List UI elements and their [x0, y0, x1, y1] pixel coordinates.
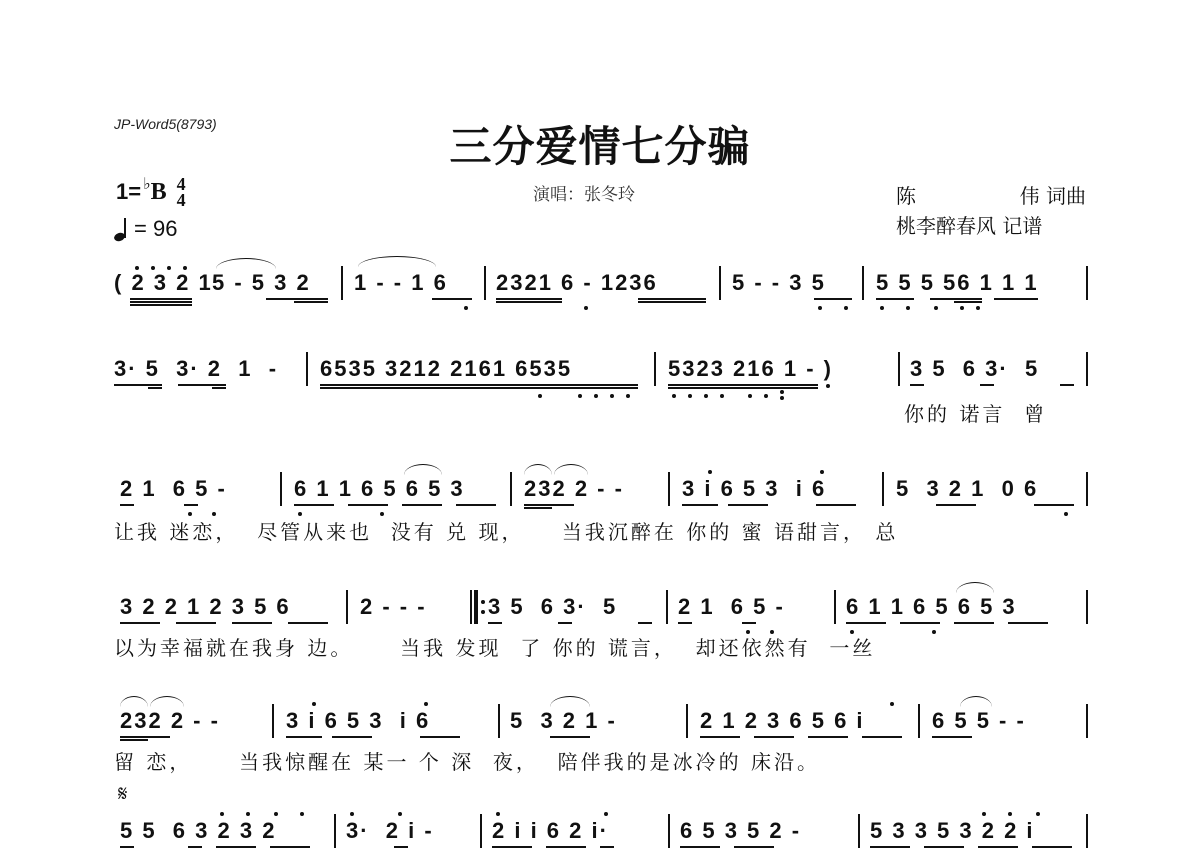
- measure-1: ( 2 3 2 1: [114, 270, 213, 296]
- measure-2: 1 - - 1 6: [354, 270, 448, 296]
- barline: [882, 472, 884, 506]
- measure-15: 3 2 2 1 2 3 5 6: [120, 594, 291, 620]
- barline: [1086, 472, 1088, 506]
- barline: [1086, 814, 1088, 848]
- slur: [960, 696, 992, 707]
- key-signature: 1= ♭ B 4 4: [116, 176, 186, 208]
- barline: [719, 266, 721, 300]
- measure-11: 6 1 1 6 5 6 5 3: [294, 476, 465, 502]
- composer-name-role: 伟 词曲: [1020, 180, 1086, 209]
- measure-1b: 5 - 5 3 2: [212, 270, 311, 296]
- slur: [956, 582, 994, 593]
- measure-17: 3 5 6 3· 5: [488, 594, 617, 620]
- measure-14: 5 3 2 1 0 6: [896, 476, 1038, 502]
- measure-25: 5 5 6 3 2 3 2: [120, 818, 276, 844]
- lyrics-line-4: 以为幸福就在我身 边。 当我 发现 了 你的 谎言， 却还依然有 一丝: [114, 632, 875, 661]
- barline: [686, 704, 688, 738]
- key-prefix: 1=: [116, 179, 141, 205]
- score-line-3: 2 1 6 5 - 6 1 1 6 5 6 5 3 232 2 - - 3 i …: [114, 476, 1090, 516]
- score-line-4: 3 2 2 1 2 3 5 6 2 - - - 3 5 6 3· 5 2 1 6…: [114, 594, 1090, 634]
- measure-23: 2 1 2 3 6 5 6 i: [700, 708, 865, 734]
- transcriber-credit: 桃李醉春风 记谱: [896, 210, 1042, 239]
- barline: [898, 352, 900, 386]
- quarter-note-icon: [114, 217, 128, 241]
- measure-16: 2 - - -: [360, 594, 427, 620]
- measure-12: 232 2 - -: [524, 476, 624, 502]
- measure-8: 5323 216 1 - ): [668, 356, 833, 382]
- composer-surname: 陈: [896, 180, 916, 209]
- slur: [358, 256, 436, 267]
- barline: [918, 704, 920, 738]
- barline: [510, 472, 512, 506]
- barline: [484, 266, 486, 300]
- measure-4: 5 - - 3 5: [732, 270, 826, 296]
- measure-10: 2 1 6 5 -: [120, 476, 227, 502]
- score-line-5: 232 2 - - 3 i 6 5 3 i 6 5 3 2 1 - 2 1 2 …: [114, 708, 1090, 748]
- lyrics-line-2: 你的 诺言 曾: [904, 398, 1047, 427]
- score-line-6: 5 5 6 3 2 3 2 3· 2 i - 2 i i 6 2 i· 6 5 …: [114, 818, 1090, 850]
- lyrics-line-5: 留 恋， 当我惊醒在 某一 个 深 夜， 陪伴我的是冰冷的 床沿。: [114, 746, 820, 775]
- measure-26: 3· 2 i -: [346, 818, 434, 844]
- measure-24: 6 5 5 - -: [932, 708, 1026, 734]
- segno-icon: 𝄋: [118, 782, 127, 807]
- slur: [554, 464, 588, 475]
- barline: [272, 704, 274, 738]
- measure-19: 6 1 1 6 5 6 5 3: [846, 594, 1017, 620]
- measure-3: 2321 6 - 1236: [496, 270, 658, 296]
- lyrics-line-3: 让我 迷恋， 尽管从来也 没有 兑 现， 当我沉醉在 你的 蜜 语甜言， 总: [114, 516, 898, 545]
- singer-credit: 演唱：张冬玲: [533, 180, 635, 205]
- slur: [550, 696, 590, 707]
- composer-credit: 陈 伟 词曲: [896, 180, 1086, 209]
- tempo-value: = 96: [134, 216, 177, 242]
- measure-7: 6535 3212 2161 6535: [320, 356, 572, 382]
- time-signature-bottom: 4: [177, 192, 186, 208]
- measure-28: 6 5 3 5 2 -: [680, 818, 801, 844]
- flat-icon: ♭: [143, 174, 151, 194]
- barline: [834, 590, 836, 624]
- measure-13: 3 i 6 5 3 i 6: [682, 476, 826, 502]
- barline: [654, 352, 656, 386]
- barline: [666, 590, 668, 624]
- barline: [1086, 352, 1088, 386]
- measure-29: 5 3 3 5 3 2 2 i: [870, 818, 1035, 844]
- measure-21: 3 i 6 5 3 i 6: [286, 708, 430, 734]
- measure-5: 5 5 5 56 1 1 1: [876, 270, 1039, 296]
- barline: [341, 266, 343, 300]
- slur: [404, 464, 442, 475]
- measure-22: 5 3 2 1 -: [510, 708, 617, 734]
- barline: [334, 814, 336, 848]
- barline: [668, 472, 670, 506]
- barline: [668, 814, 670, 848]
- measure-9: 3 5 6 3· 5: [910, 356, 1039, 382]
- score-line-2: 3· 5 3· 2 1 - 6535 3212 2161 6535 5323 2…: [114, 356, 1090, 396]
- barline: [1086, 266, 1088, 300]
- slur: [216, 258, 276, 269]
- barline: [862, 266, 864, 300]
- barline: [480, 814, 482, 848]
- slur: [150, 696, 184, 707]
- barline: [346, 590, 348, 624]
- score-line-1: ( 2 3 2 1 5 - 5 3 2 1 - - 1 6 2321 6 - 1…: [114, 270, 1090, 310]
- barline: [280, 472, 282, 506]
- measure-20: 232 2 - -: [120, 708, 220, 734]
- measure-6: 3· 5 3· 2 1 -: [114, 356, 278, 382]
- barline: [498, 704, 500, 738]
- barline: [1086, 704, 1088, 738]
- measure-27: 2 i i 6 2 i·: [492, 818, 609, 844]
- song-title: 三分爱情七分骗: [0, 114, 1200, 174]
- measure-18: 2 1 6 5 -: [678, 594, 785, 620]
- barline: [858, 814, 860, 848]
- tempo-marking: = 96: [114, 216, 177, 242]
- barline: [1086, 590, 1088, 624]
- slur: [120, 696, 148, 707]
- slur: [524, 464, 552, 475]
- time-signature: 4 4: [177, 176, 186, 208]
- key-note: B: [151, 179, 167, 206]
- barline: [306, 352, 308, 386]
